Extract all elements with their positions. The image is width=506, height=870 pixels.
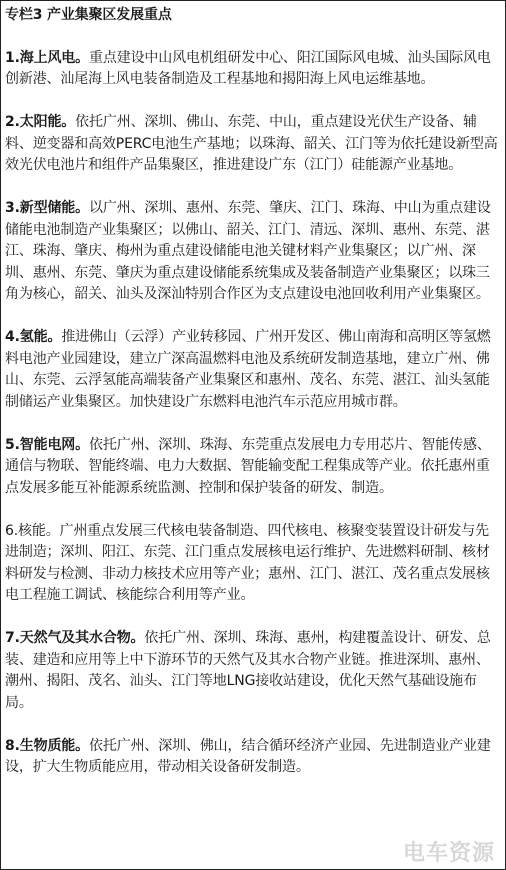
section-body: 广州重点发展三代核电装备制造、四代核电、核聚变装置设计研发与先进制造；深圳、阳江… [5, 523, 490, 604]
section-heading: 6.核能。 [5, 523, 60, 539]
section-biomass: 8.生物质能。依托广州、深圳、佛山，结合循环经济产业园、先进制造业产业建设，扩大… [5, 736, 501, 779]
section-heading: 8.生物质能。 [5, 738, 89, 754]
watermark: 电车资源 [403, 836, 495, 867]
section-offshore-wind: 1.海上风电。重点建设中山风电机组研发中心、阳江国际风电城、汕头国际风电创新港、… [5, 48, 501, 91]
document-box: 专栏3 产业集聚区发展重点 1.海上风电。重点建设中山风电机组研发中心、阳江国际… [0, 0, 506, 870]
section-heading: 7.天然气及其水合物。 [5, 630, 144, 646]
section-heading: 4.氢能。 [5, 329, 61, 345]
section-natural-gas: 7.天然气及其水合物。依托广州、深圳、珠海、惠州，构建覆盖设计、研发、总装、建造… [5, 628, 501, 714]
section-heading: 3.新型储能。 [5, 200, 89, 216]
document-content: 专栏3 产业集聚区发展重点 1.海上风电。重点建设中山风电机组研发中心、阳江国际… [1, 1, 505, 779]
section-heading: 1.海上风电。 [5, 50, 89, 66]
section-smart-grid: 5.智能电网。依托广州、深圳、珠海、东莞重点发展电力专用芯片、智能传感、通信与物… [5, 435, 501, 500]
section-body: 推进佛山（云浮）产业转移园、广州开发区、佛山南海和高明区等氢燃料电池产业园建设，… [5, 329, 491, 410]
section-solar: 2.太阳能。依托广州、深圳、佛山、东莞、中山，重点建设光伏生产设备、辅料、逆变器… [5, 112, 501, 177]
section-heading: 5.智能电网。 [5, 437, 89, 453]
section-body: 依托广州、深圳、佛山、东莞、中山，重点建设光伏生产设备、辅料、逆变器和高效PER… [5, 114, 498, 173]
section-nuclear: 6.核能。广州重点发展三代核电装备制造、四代核电、核聚变装置设计研发与先进制造；… [5, 521, 501, 607]
section-energy-storage: 3.新型储能。以广州、深圳、惠州、东莞、肇庆、江门、珠海、中山为重点建设储能电池… [5, 198, 501, 306]
page-title: 专栏3 产业集聚区发展重点 [5, 5, 501, 27]
section-heading: 2.太阳能。 [5, 114, 75, 130]
section-hydrogen: 4.氢能。推进佛山（云浮）产业转移园、广州开发区、佛山南海和高明区等氢燃料电池产… [5, 327, 501, 413]
